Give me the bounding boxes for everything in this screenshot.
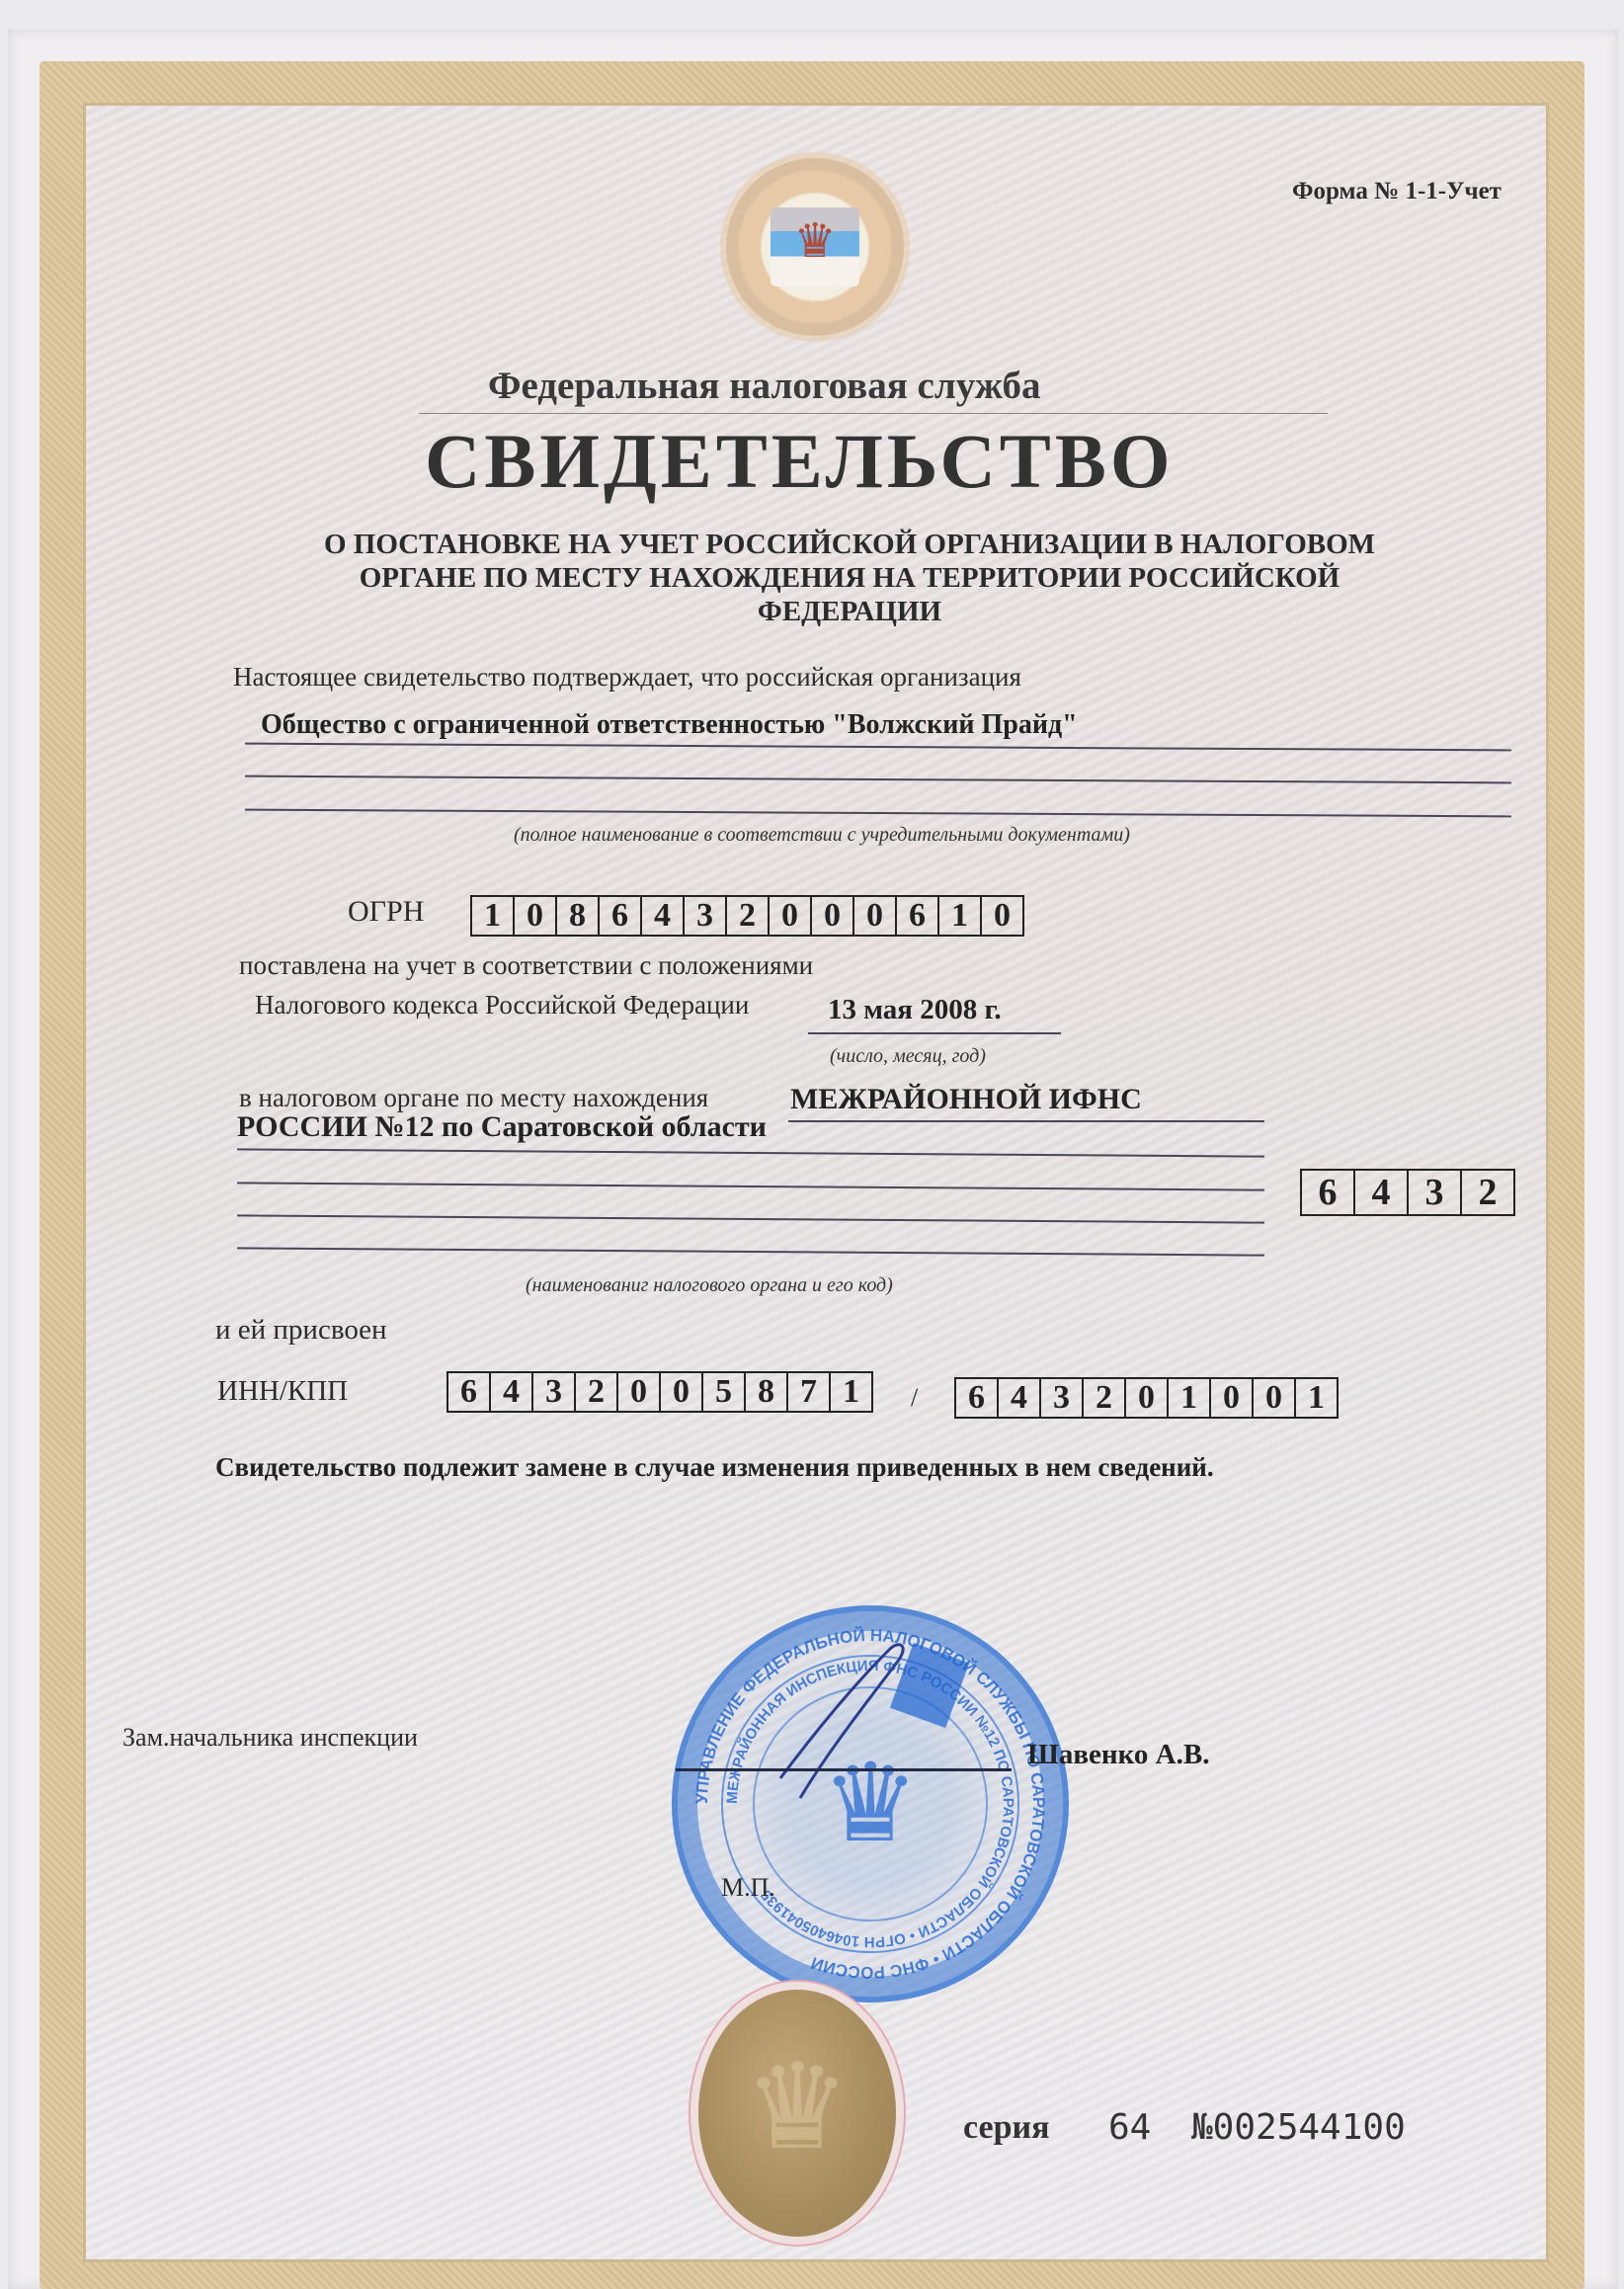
kpp-digits: 643201001 [954, 1377, 1339, 1419]
kpp-digit: 6 [956, 1379, 999, 1417]
assigned-intro: и ей присвоен [215, 1314, 387, 1347]
kpp-digit: 0 [1211, 1379, 1254, 1417]
date-caption: (число, месяц, год) [830, 1045, 986, 1068]
ogrn-digit: 1 [939, 897, 982, 935]
divider [419, 413, 1328, 414]
signatory-position: Зам.начальника инспекции [122, 1723, 418, 1753]
inn-digits: 6432005871 [447, 1371, 873, 1413]
serial-series: 64 [1108, 2107, 1151, 2148]
kpp-digit: 0 [1254, 1379, 1296, 1417]
ogrn-digit: 0 [982, 897, 1022, 935]
tax-authority-name-2: РОССИИ №12 по Саратовской области [237, 1110, 767, 1144]
document-title: СВИДЕТЕЛЬСТВО [425, 417, 1175, 506]
organization-caption: (полное наименование в соответствии с уч… [514, 824, 1130, 847]
organization-name: Общество с ограниченной ответственностью… [261, 709, 1078, 741]
tax-authority-caption: (наименованиг налогового органа и его ко… [526, 1274, 893, 1297]
inn-digit: 8 [746, 1373, 788, 1411]
inn-digit: 4 [491, 1373, 533, 1411]
tax-authority-name-1: МЕЖРАЙОННОЙ ИФНС [790, 1083, 1142, 1116]
document-subtitle: О ПОСТАНОВКЕ НА УЧЕТ РОССИЙСКОЙ ОРГАНИЗА… [277, 528, 1422, 628]
ogrn-digit: 1 [472, 897, 515, 935]
tax-authority-intro: в налоговом органе по месту нахождения [239, 1083, 708, 1113]
registration-line-1: поставлена на учет в соответствии с поло… [239, 950, 813, 981]
tax-authority-code: 6432 [1300, 1169, 1515, 1216]
seal-place-label: М.П. [721, 1873, 775, 1903]
ogrn-digit: 0 [515, 897, 557, 935]
code-digit: 4 [1355, 1171, 1409, 1214]
signatory-name: Шавенко А.В. [1027, 1739, 1209, 1771]
code-digit: 2 [1462, 1171, 1513, 1214]
ogrn-digit: 8 [557, 897, 600, 935]
ogrn-digit: 0 [770, 897, 812, 935]
inn-digit: 0 [661, 1373, 703, 1411]
ogrn-digit: 4 [642, 897, 685, 935]
serial-label: серия [963, 2109, 1050, 2147]
organization-intro: Настоящее свидетельство подтверждает, чт… [233, 662, 1021, 693]
inn-kpp-separator: / [911, 1383, 918, 1413]
ogrn-digit: 6 [897, 897, 939, 935]
inn-kpp-label: ИНН/КПП [217, 1375, 348, 1408]
inn-digit: 2 [576, 1373, 618, 1411]
inn-digit: 7 [788, 1373, 831, 1411]
inn-digit: 3 [533, 1373, 576, 1411]
ogrn-digit: 3 [685, 897, 727, 935]
coat-of-arms-icon: ♛ [698, 2039, 896, 2176]
serial-number: №002544100 [1191, 2107, 1406, 2148]
inn-digit: 6 [448, 1373, 491, 1411]
embossed-gold-seal: ♛ [698, 1990, 896, 2237]
ogrn-digit: 6 [600, 897, 642, 935]
form-number: Форма № 1-1-Учет [1292, 178, 1502, 205]
replacement-notice: Свидетельство подлежит замене в случае и… [215, 1452, 1214, 1483]
kpp-digit: 4 [999, 1379, 1041, 1417]
signature [761, 1630, 948, 1818]
code-digit: 6 [1302, 1171, 1355, 1214]
ogrn-digit: 0 [854, 897, 897, 935]
inn-digit: 1 [831, 1373, 871, 1411]
ogrn-digit: 0 [812, 897, 854, 935]
registration-date: 13 мая 2008 г. [828, 994, 1002, 1026]
kpp-digit: 3 [1041, 1379, 1084, 1417]
inn-digit: 0 [618, 1373, 661, 1411]
signature-line [676, 1768, 1012, 1771]
code-digit: 3 [1409, 1171, 1462, 1214]
kpp-digit: 1 [1169, 1379, 1211, 1417]
ogrn-label: ОГРН [348, 895, 424, 929]
kpp-digit: 1 [1296, 1379, 1337, 1417]
tax-authority-line-1 [788, 1120, 1264, 1122]
coat-of-arms-icon: ♛ [789, 207, 841, 277]
registration-line-2: Налогового кодекса Российской Федерации [255, 990, 749, 1021]
kpp-digit: 0 [1126, 1379, 1169, 1417]
kpp-digit: 2 [1084, 1379, 1126, 1417]
hologram-emblem: ♛ [726, 158, 904, 336]
agency-name: Федеральная налоговая служба [488, 364, 1041, 408]
ogrn-digits: 1086432000610 [470, 895, 1024, 937]
ogrn-digit: 2 [727, 897, 770, 935]
date-line [808, 1032, 1061, 1034]
inn-digit: 5 [703, 1373, 746, 1411]
